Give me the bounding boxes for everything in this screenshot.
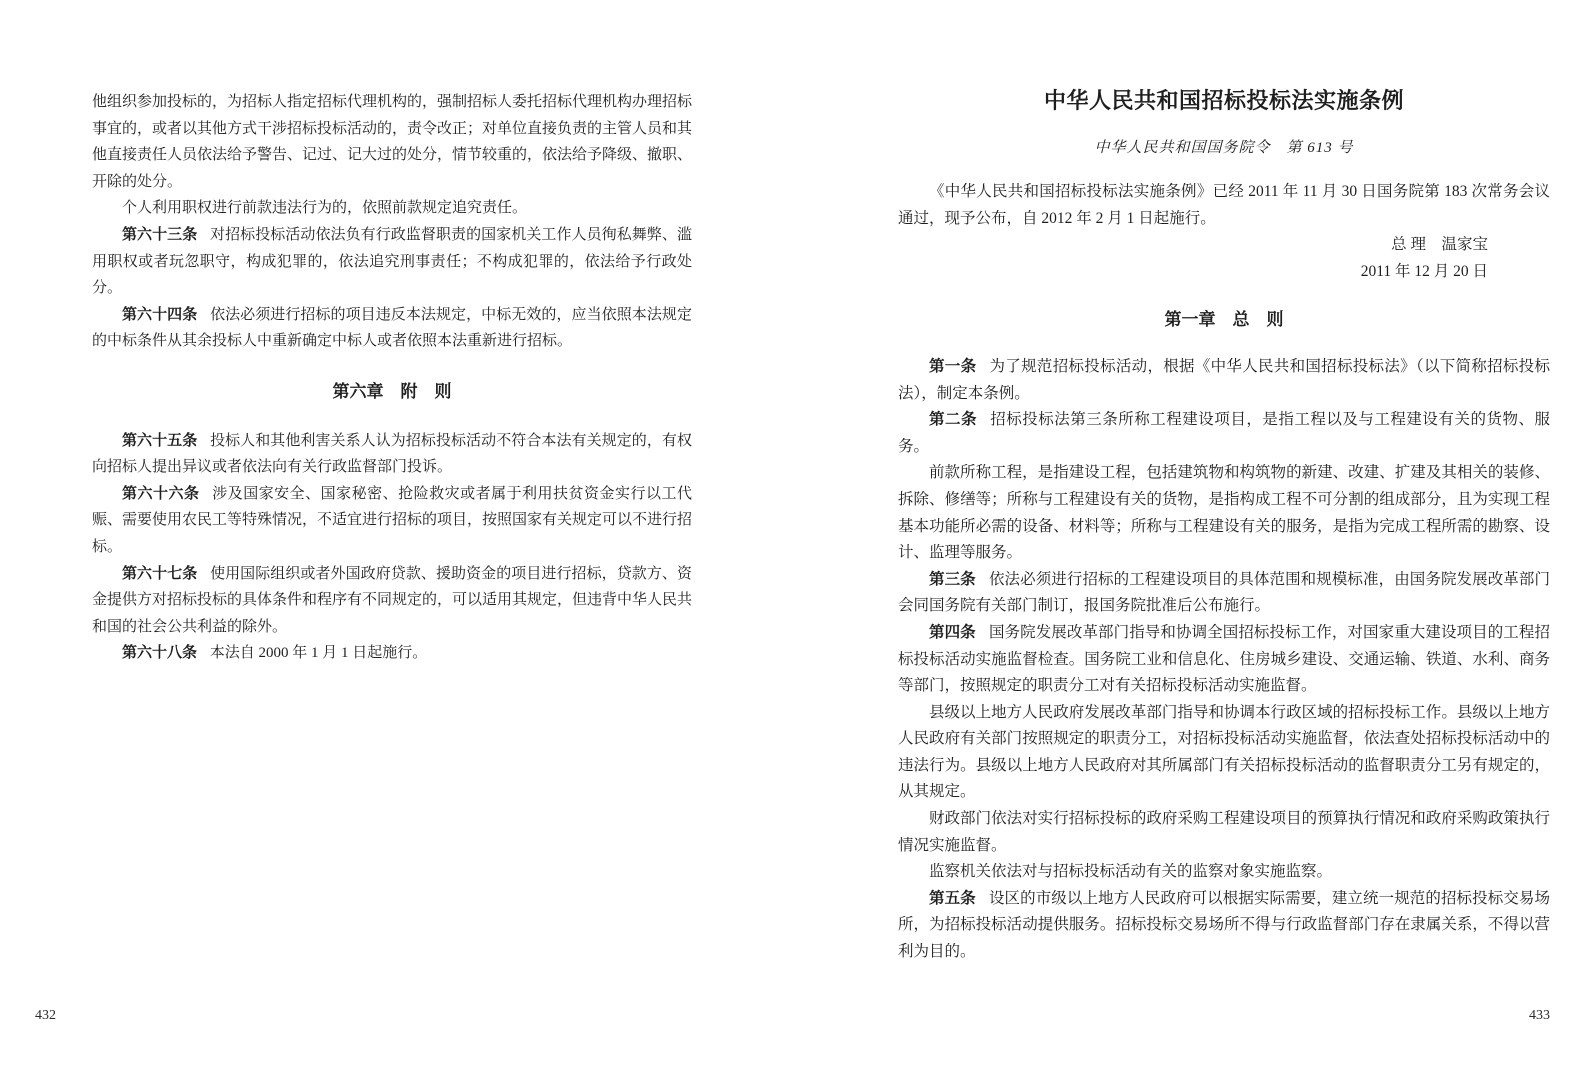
article-lead: 第六十八条 <box>122 645 197 661</box>
document-title: 中华人民共和国招标投标法实施条例 <box>898 86 1550 116</box>
paragraph: 监察机关依法对与招标投标活动有关的监察对象实施监察。 <box>898 859 1550 886</box>
article-65: 第六十五条投标人和其他利害关系人认为招标投标活动不符合本法有关规定的，有权向招标… <box>92 428 692 481</box>
paragraph-text: 为了规范招标投标活动，根据《中华人民共和国招标投标法》（以下简称招标投标法），制… <box>898 358 1550 402</box>
article-66: 第六十六条涉及国家安全、国家秘密、抢险救灾或者属于利用扶贫资金实行以工代赈、需要… <box>92 481 692 561</box>
paragraph: 前款所称工程，是指建设工程，包括建筑物和构筑物的新建、改建、扩建及其相关的装修、… <box>898 460 1550 566</box>
paragraph-text: 本法自 2000 年 1 月 1 日起施行。 <box>210 645 428 661</box>
paragraph-text: 设区的市级以上地方人民政府可以根据实际需要，建立统一规范的招标投标交易场所，为招… <box>898 890 1550 960</box>
signature-premier: 总 理 温家宝 <box>898 232 1550 259</box>
article-lead: 第五条 <box>929 890 976 907</box>
paragraph-text: 前款所称工程，是指建设工程，包括建筑物和构筑物的新建、改建、扩建及其相关的装修、… <box>898 464 1550 561</box>
paragraph-text: 依法必须进行招标的工程建设项目的具体范围和规模标准，由国务院发展改革部门会同国务… <box>898 571 1550 615</box>
chapter-heading: 第六章 附 则 <box>92 379 692 406</box>
paragraph-text: 国务院发展改革部门指导和协调全国招标投标工作，对国家重大建设项目的工程招标投标活… <box>898 624 1550 694</box>
paragraph-text: 个人利用职权进行前款违法行为的，依照前款规定追究责任。 <box>122 200 527 216</box>
article-63: 第六十三条对招标投标活动依法负有行政监督职责的国家机关工作人员徇私舞弊、滥用职权… <box>92 222 692 302</box>
article-lead: 第四条 <box>929 624 976 641</box>
paragraph-continuation: 他组织参加投标的，为招标人指定招标代理机构的，强制招标人委托招标代理机构办理招标… <box>92 89 692 195</box>
article-5: 第五条设区的市级以上地方人民政府可以根据实际需要，建立统一规范的招标投标交易场所… <box>898 886 1550 966</box>
decree-number: 中华人民共和国国务院令 第 613 号 <box>898 136 1550 160</box>
signature-date: 2011 年 12 月 20 日 <box>898 259 1550 286</box>
paragraph-text: 监察机关依法对与招标投标活动有关的监察对象实施监察。 <box>929 863 1332 880</box>
article-1: 第一条为了规范招标投标活动，根据《中华人民共和国招标投标法》（以下简称招标投标法… <box>898 354 1550 407</box>
paragraph-text: 县级以上地方人民政府发展改革部门指导和协调本行政区域的招标投标工作。县级以上地方… <box>898 704 1550 801</box>
paragraph: 县级以上地方人民政府发展改革部门指导和协调本行政区域的招标投标工作。县级以上地方… <box>898 700 1550 806</box>
chapter-heading: 第一章 总 则 <box>898 307 1550 334</box>
article-lead: 第六十六条 <box>122 486 199 502</box>
page-number-left: 432 <box>35 1006 56 1026</box>
page-number-right: 433 <box>1529 1006 1550 1026</box>
article-lead: 第六十七条 <box>122 566 197 582</box>
book-spread: { "colors": { "paper": "#ffffff", "ink":… <box>0 0 1587 1077</box>
article-3: 第三条依法必须进行招标的工程建设项目的具体范围和规模标准，由国务院发展改革部门会… <box>898 567 1550 620</box>
promulgation-paragraph: 《中华人民共和国招标投标法实施条例》已经 2011 年 11 月 30 日国务院… <box>898 179 1550 232</box>
page-right: 中华人民共和国招标投标法实施条例 中华人民共和国国务院令 第 613 号 《中华… <box>898 86 1550 966</box>
paragraph-text: 招标投标法第三条所称工程建设项目，是指工程以及与工程建设有关的货物、服务。 <box>898 411 1550 455</box>
article-lead: 第六十四条 <box>122 307 197 323</box>
article-64: 第六十四条依法必须进行招标的项目违反本法规定，中标无效的，应当依照本法规定的中标… <box>92 302 692 355</box>
paragraph: 财政部门依法对实行招标投标的政府采购工程建设项目的预算执行情况和政府采购政策执行… <box>898 806 1550 859</box>
article-lead: 第六十五条 <box>122 433 197 449</box>
article-68: 第六十八条本法自 2000 年 1 月 1 日起施行。 <box>92 640 692 667</box>
article-67: 第六十七条使用国际组织或者外国政府贷款、援助资金的项目进行招标，贷款方、资金提供… <box>92 561 692 641</box>
paragraph: 个人利用职权进行前款违法行为的，依照前款规定追究责任。 <box>92 195 692 222</box>
paragraph-text: 《中华人民共和国招标投标法实施条例》已经 2011 年 11 月 30 日国务院… <box>898 183 1550 227</box>
article-4: 第四条国务院发展改革部门指导和协调全国招标投标工作，对国家重大建设项目的工程招标… <box>898 620 1550 700</box>
article-2: 第二条招标投标法第三条所称工程建设项目，是指工程以及与工程建设有关的货物、服务。 <box>898 407 1550 460</box>
page-left: 他组织参加投标的，为招标人指定招标代理机构的，强制招标人委托招标代理机构办理招标… <box>92 89 692 667</box>
paragraph-text: 他组织参加投标的，为招标人指定招标代理机构的，强制招标人委托招标代理机构办理招标… <box>92 94 692 190</box>
article-lead: 第一条 <box>929 358 976 375</box>
article-lead: 第六十三条 <box>122 227 197 243</box>
article-lead: 第二条 <box>929 411 977 428</box>
paragraph-text: 财政部门依法对实行招标投标的政府采购工程建设项目的预算执行情况和政府采购政策执行… <box>898 810 1550 854</box>
article-lead: 第三条 <box>929 571 976 588</box>
